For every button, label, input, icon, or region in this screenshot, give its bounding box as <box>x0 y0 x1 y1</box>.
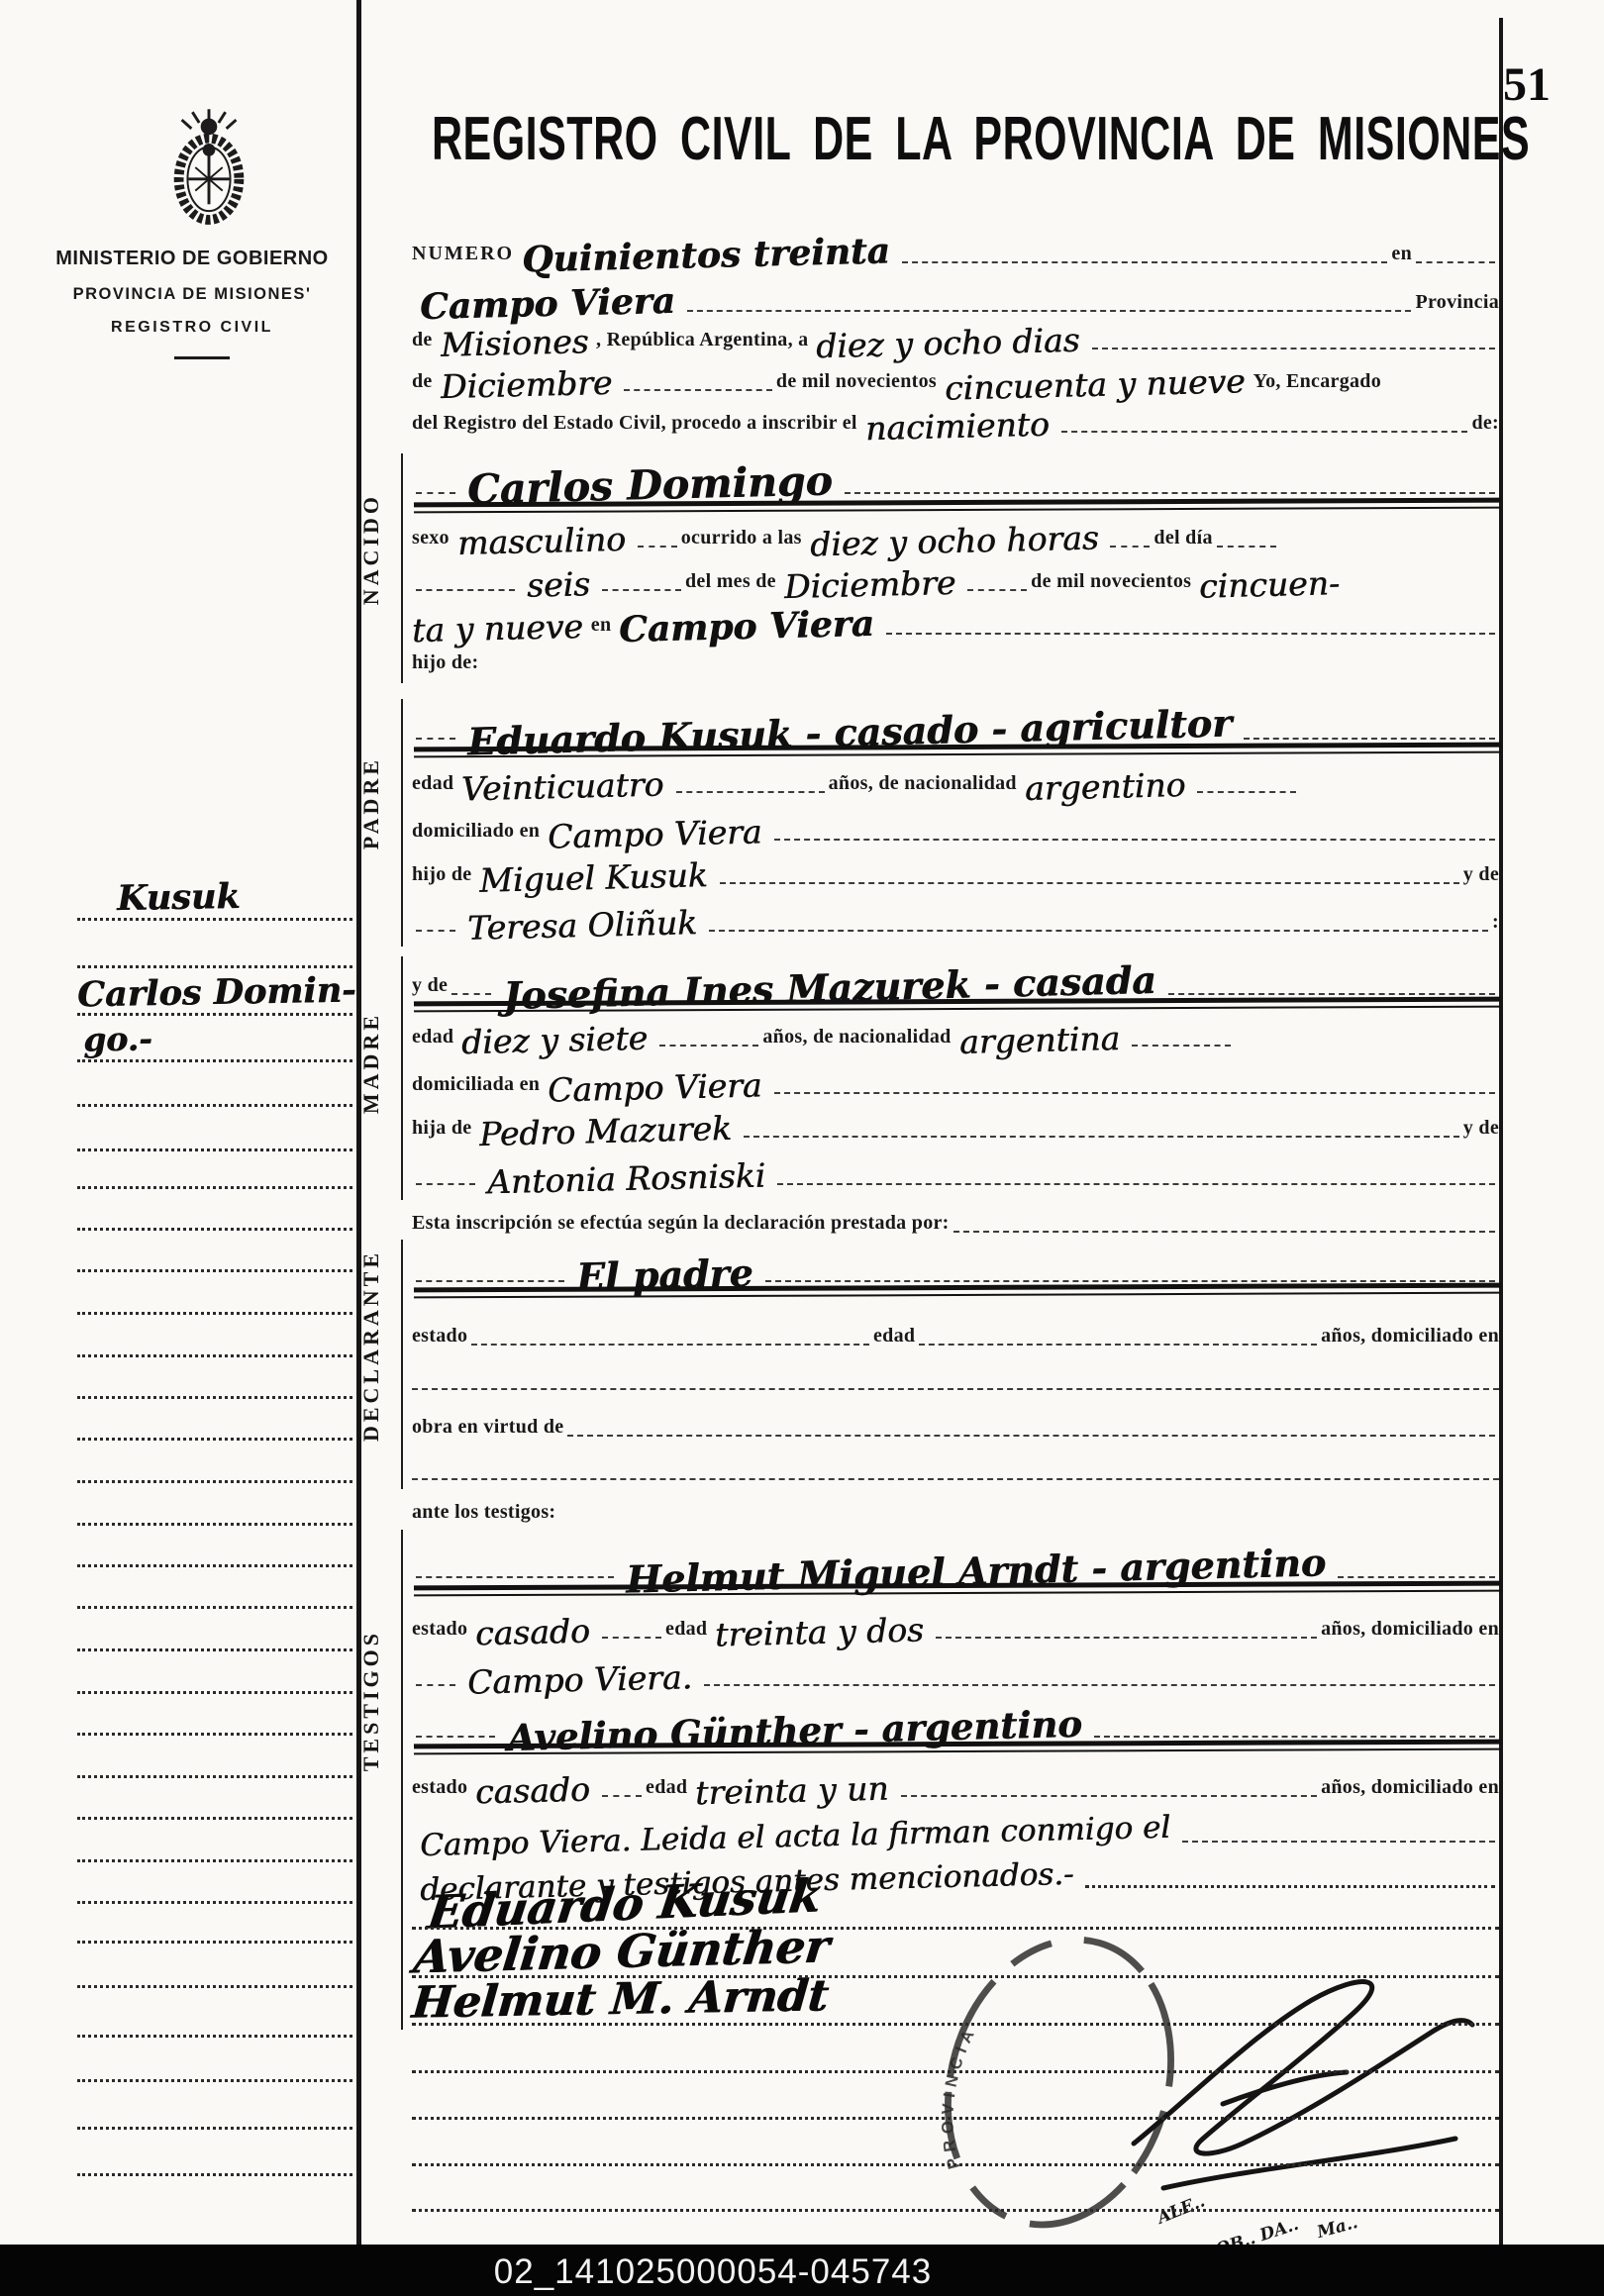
blank-line <box>1061 431 1468 433</box>
maternal-grandmother-row: Antonia Rosniski <box>412 1143 1499 1188</box>
hijo-de-row: hijo de: <box>412 636 1499 675</box>
blank-line <box>412 1478 1499 1480</box>
hija-de-label: hija de <box>412 1118 471 1138</box>
emphasis-rule <box>414 1581 1501 1597</box>
colon-label: : <box>1492 912 1499 932</box>
blank-line <box>659 1045 758 1047</box>
numero-row: NUMERO Quinientos treinta en <box>412 221 1499 266</box>
father-name-row: Eduardo Kusuk - casado - agricultor <box>412 689 1499 743</box>
signature-dotted-line <box>412 2070 1499 2073</box>
blank-line <box>1182 1841 1495 1843</box>
mother-age-row: edad diez y siete años, de nacionalidad … <box>412 1004 1499 1049</box>
margin-dotted-line <box>77 2127 352 2130</box>
blank-line <box>902 261 1387 263</box>
father-domicile-row: domiciliado en Campo Viera <box>412 798 1499 844</box>
blank-line <box>765 1280 1495 1282</box>
ante-testigos-row: ante los testigos: <box>412 1485 1499 1525</box>
signature-dotted-line <box>412 2163 1499 2166</box>
margin-note-name-line2: go.- <box>83 1019 152 1058</box>
blank-line <box>1168 993 1495 995</box>
blank-line <box>744 1136 1458 1138</box>
section-bracket-declarante <box>401 1240 403 1489</box>
blank-line <box>777 1183 1495 1185</box>
witness1-status-row: estado casado edad treinta y dos años, d… <box>412 1596 1499 1642</box>
registro-line-label: del Registro del Estado Civil, procedo a… <box>412 413 857 433</box>
blank-line <box>1085 1885 1495 1888</box>
declarant-row: El padre <box>412 1232 1499 1285</box>
blank-line <box>1217 546 1276 548</box>
margin-dotted-line <box>77 1859 352 1862</box>
blank-line <box>1338 1576 1495 1578</box>
paternal-grandfather-row: hijo de Miguel Kusuk y de <box>412 842 1499 887</box>
blank-line <box>1416 261 1495 263</box>
y-de-label: y de <box>1463 864 1499 884</box>
blank-line <box>602 1637 661 1639</box>
signature-dotted-line <box>412 2209 1499 2212</box>
margin-dotted-line <box>77 1396 352 1399</box>
birth-day-row: seis del mes de Diciembre de mil novecie… <box>412 549 1499 594</box>
nacionalidad-label: años, de nacionalidad <box>829 773 1017 793</box>
blank-line <box>676 791 825 793</box>
margin-dotted-line <box>77 1564 352 1567</box>
office-name: REGISTRO CIVIL <box>36 319 349 337</box>
edad-label: edad <box>412 773 453 793</box>
birth-place-row: ta y nueve en Campo Viera <box>412 592 1499 638</box>
signature-dotted-line <box>412 2023 1499 2026</box>
blank-line <box>1197 791 1296 793</box>
blank-line <box>602 1795 642 1797</box>
section-bracket-testigos <box>401 1530 403 2030</box>
blank-line <box>416 1576 614 1578</box>
letterhead-divider <box>174 356 230 359</box>
section-label-testigos: TESTIGOS <box>358 1630 384 1771</box>
del-dia-label: del día <box>1153 528 1212 548</box>
blank-line <box>967 589 1027 591</box>
signature-dotted-line <box>412 2117 1499 2120</box>
mother-domicile-row: domiciliada en Campo Viera <box>412 1051 1499 1097</box>
edad-label: edad <box>412 1027 453 1047</box>
blank-line <box>886 633 1495 635</box>
anos-domiciliado-label: años, domiciliado en <box>1321 1777 1499 1797</box>
republica-label: , República Argentina, a <box>596 330 808 349</box>
father-age-row: edad Veinticuatro años, de nacionalidad … <box>412 750 1499 796</box>
section-bracket-padre <box>401 699 403 947</box>
edad-label: edad <box>646 1777 687 1797</box>
right-page-border <box>1499 18 1503 2245</box>
margin-note-name-line1: Carlos Domin- <box>77 970 356 1016</box>
domiciliado-label: domiciliado en <box>412 821 540 841</box>
witness2-status-row: estado casado edad treinta y un años, do… <box>412 1754 1499 1800</box>
margin-dotted-line <box>77 918 352 921</box>
inscribir-row: del Registro del Estado Civil, procedo a… <box>412 390 1499 436</box>
en-label: en <box>591 615 612 635</box>
signature-dotted-line <box>412 1975 1499 1978</box>
sex-hour-row: sexo masculino ocurrido a las diez y och… <box>412 505 1499 550</box>
blank-line <box>720 882 1459 884</box>
section-bracket-nacido <box>401 453 403 683</box>
numero-label: NUMERO <box>412 244 514 263</box>
province-name: PROVINCIA DE MISIONES' <box>36 285 349 304</box>
blank-line <box>901 1795 1317 1797</box>
province-row: de Misiones , República Argentina, a die… <box>412 307 1499 352</box>
margin-dotted-line <box>77 1148 352 1151</box>
margin-dotted-line <box>77 1691 352 1694</box>
blank-line <box>416 1280 564 1282</box>
de-label: de <box>412 371 433 391</box>
paternal-grandmother-value: Teresa Oliñuk <box>459 906 706 945</box>
witness2-name-row: Avelino Günther - argentino <box>412 1687 1499 1741</box>
margin-dotted-line <box>77 1269 352 1272</box>
blank-line <box>845 492 1495 494</box>
margin-note-surname: Kusuk <box>117 876 241 919</box>
margin-dotted-line <box>77 1817 352 1820</box>
stamp-arc-text: PROVINCIA <box>938 2022 980 2171</box>
argentina-coat-of-arms-icon <box>160 105 257 236</box>
hijo-de-label: hijo de <box>412 864 471 884</box>
margin-dotted-line <box>77 1104 352 1107</box>
declaration-row: Esta inscripción se efectúa según la dec… <box>412 1190 1499 1236</box>
blank-line <box>416 492 455 494</box>
section-label-padre: PADRE <box>358 756 384 849</box>
margin-dotted-line <box>77 1733 352 1736</box>
blank-line <box>638 546 677 548</box>
witness1-domicile-row: Campo Viera. <box>412 1644 1499 1689</box>
section-bracket-madre <box>401 956 403 1200</box>
margin-dotted-line <box>77 1775 352 1778</box>
registrar-signature <box>1104 1955 1500 2223</box>
margin-dotted-line <box>77 1648 352 1651</box>
left-column-divider <box>356 0 361 2245</box>
margin-dotted-line <box>77 1312 352 1315</box>
blank-line <box>1132 1045 1231 1047</box>
blank-line <box>567 1435 1495 1437</box>
blank-line <box>416 1183 475 1185</box>
blank-line <box>471 1344 869 1346</box>
blank-line <box>416 930 455 932</box>
signature-dotted-line <box>412 1927 1499 1930</box>
edad-label: edad <box>873 1326 915 1346</box>
declarant-status-row: estado edad años, domiciliado en <box>412 1303 1499 1348</box>
en-label: en <box>1391 244 1412 263</box>
margin-dotted-line <box>77 1438 352 1441</box>
blank-line <box>416 738 455 740</box>
civil-registry-certificate-page: 51 MINISTERIO DE GOBIERNO PROVINCIA DE M… <box>0 0 1604 2296</box>
blank-line <box>709 930 1488 932</box>
declaration-label: Esta inscripción se efectúa según la dec… <box>412 1213 950 1233</box>
margin-dotted-line <box>77 1480 352 1483</box>
blank-line <box>704 1684 1495 1686</box>
maternal-grandfather-row: hija de Pedro Mazurek y de <box>412 1095 1499 1141</box>
obra-label: obra en virtud de <box>412 1417 563 1437</box>
child-name-row: Carlos Domingo <box>412 444 1499 497</box>
margin-dotted-line <box>77 2079 352 2082</box>
ante-testigos-label: ante los testigos: <box>412 1502 555 1522</box>
witness1-name-row: Helmut Miguel Arndt - argentino <box>412 1528 1499 1581</box>
margin-dotted-line <box>77 1985 352 1988</box>
witness2-domicile-row: Campo Viera. Leida el acta la firman con… <box>412 1800 1499 1846</box>
y-de-label: y de <box>1463 1118 1499 1138</box>
y-de-label: y de <box>412 975 448 995</box>
domiciliada-label: domiciliada en <box>412 1074 540 1094</box>
svg-text:PROVINCIA: PROVINCIA <box>938 2022 980 2171</box>
scan-code-bar: 02_141025000054-045743 <box>0 2245 1604 2296</box>
mil-novecientos-label: de mil novecientos <box>1031 571 1191 591</box>
margin-dotted-line <box>77 965 352 968</box>
blank-line <box>416 1736 495 1738</box>
obra-row: obra en virtud de <box>412 1394 1499 1440</box>
blank-line <box>919 1344 1317 1346</box>
margin-dotted-line <box>77 2173 352 2176</box>
event-value: nacimiento <box>856 408 1056 446</box>
margin-dotted-line <box>77 1901 352 1904</box>
ministry-name: MINISTERIO DE GOBIERNO <box>36 248 349 270</box>
hijo-de-label: hijo de: <box>412 652 478 672</box>
blank-line <box>602 589 681 591</box>
blank-line <box>774 839 1495 841</box>
margin-dotted-line <box>77 1941 352 1944</box>
margin-dotted-line <box>77 1228 352 1231</box>
blank-line <box>936 1637 1317 1639</box>
margin-dotted-line <box>77 1523 352 1526</box>
form-title-text: REGISTRO CIVIL DE LA PROVINCIA DE MISION… <box>432 105 1530 175</box>
anos-domiciliado-label: años, domiciliado en <box>1321 1326 1499 1346</box>
paternal-grandmother-row: Teresa Oliñuk : <box>412 889 1499 935</box>
ocurrido-label: ocurrido a las <box>681 528 802 548</box>
edad-label: edad <box>665 1619 707 1639</box>
estado-label: estado <box>412 1777 467 1797</box>
page-number: 51 <box>1503 57 1551 112</box>
anos-domiciliado-label: años, domiciliado en <box>1321 1619 1499 1639</box>
blank-line <box>774 1092 1495 1094</box>
scan-code-text: 02_141025000054-045743 <box>475 2252 951 2292</box>
margin-dotted-line <box>77 1354 352 1357</box>
estado-label: estado <box>412 1619 467 1639</box>
mother-name-row: y de Josefina Ines Mazurek - casada <box>412 945 1499 998</box>
sexo-label: sexo <box>412 528 450 548</box>
section-label-declarante: DECLARANTE <box>358 1249 384 1442</box>
form-title: REGISTRO CIVIL DE LA PROVINCIA DE MISION… <box>432 127 1489 175</box>
yo-encargado-label: Yo, Encargado <box>1253 371 1381 391</box>
del-mes-label: del mes de <box>685 571 776 591</box>
blank-line <box>412 1388 1499 1390</box>
mil-novecientos-label: de mil novecientos <box>776 371 937 391</box>
margin-dotted-line <box>77 2035 352 2038</box>
estado-label: estado <box>412 1326 467 1346</box>
margin-dotted-line <box>77 1059 352 1062</box>
margin-dotted-line <box>77 1186 352 1189</box>
margin-dotted-line <box>77 1013 352 1016</box>
section-label-nacido: NACIDO <box>358 493 384 605</box>
date-row: de Diciembre de mil novecientos cincuent… <box>412 349 1499 394</box>
blank-line <box>1094 1736 1495 1738</box>
signature-witness1: Helmut M. Arndt <box>410 1970 831 2028</box>
blank-line <box>1244 738 1495 740</box>
de-label: de <box>412 330 433 349</box>
de-colon-label: de: <box>1471 413 1499 433</box>
blank-line <box>451 993 491 995</box>
nacionalidad-label: años, de nacionalidad <box>762 1027 951 1047</box>
blank-line <box>416 1684 455 1686</box>
section-label-madre: MADRE <box>358 1012 384 1114</box>
blank-line <box>1110 546 1150 548</box>
blank-line <box>416 589 515 591</box>
margin-dotted-line <box>77 1606 352 1609</box>
